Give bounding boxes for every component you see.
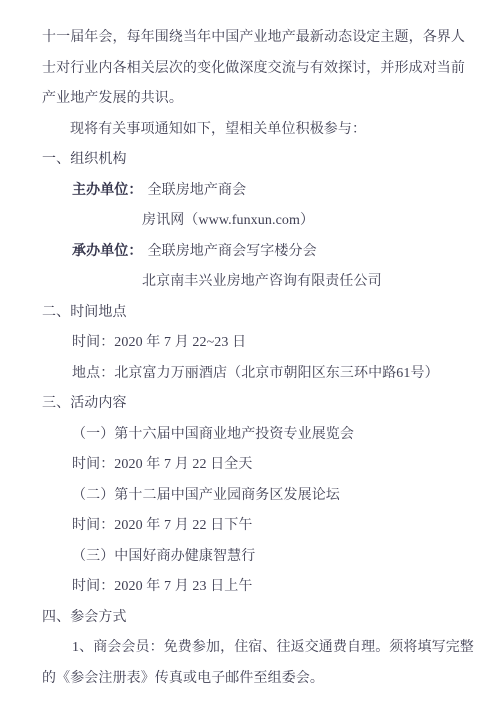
participation-paragraph-line-2: 的《参会注册表》传真或电子邮件至组委会。 (42, 662, 466, 693)
activity-2-title: （二）第十二届中国产业园商务区发展论坛 (42, 479, 466, 510)
activity-3-time: 时间：2020 年 7 月 23 日上午 (42, 570, 466, 601)
place-line: 地点：北京富力万丽酒店（北京市朝阳区东三环中路61号） (42, 357, 466, 388)
org-organizer-label: 承办单位： (72, 240, 143, 260)
activity-2-time: 时间：2020 年 7 月 22 日下午 (42, 509, 466, 540)
org-item-host-cont: 房讯网（www.funxun.com） (42, 204, 466, 235)
notice-line: 现将有关事项通知如下，望相关单位积极参与： (42, 113, 466, 144)
intro-line-3: 产业地产发展的共识。 (42, 82, 466, 113)
section-heading-participation: 四、参会方式 (42, 601, 466, 632)
org-item-organizer: 承办单位： 全联房地产商会写字楼分会 (42, 235, 466, 266)
org-host-value-2: 房讯网（www.funxun.com） (142, 209, 314, 229)
org-organizer-value: 全联房地产商会写字楼分会 (148, 240, 317, 260)
participation-paragraph-line-1: 1、商会会员：免费参加，住宿、往返交通费自理。须将填写完整 (42, 631, 466, 662)
section-heading-activities: 三、活动内容 (42, 387, 466, 418)
org-item-host: 主办单位： 全联房地产商会 (42, 174, 466, 205)
org-host-value: 全联房地产商会 (148, 179, 247, 199)
time-line: 时间：2020 年 7 月 22~23 日 (42, 326, 466, 357)
intro-line-2: 士对行业内各相关层次的变化做深度交流与有效探讨，并形成对当前 (42, 52, 466, 83)
document-page: 十一届年会，每年围绕当年中国产业地产最新动态设定主题，各界人 士对行业内各相关层… (0, 0, 500, 710)
org-host-label: 主办单位： (72, 179, 143, 199)
activity-3-title: （三）中国好商办健康智慧行 (42, 540, 466, 571)
section-heading-organization: 一、组织机构 (42, 143, 466, 174)
org-item-organizer-cont: 北京南丰兴业房地产咨询有限责任公司 (42, 265, 466, 296)
section-heading-time-place: 二、时间地点 (42, 296, 466, 327)
intro-line-1: 十一届年会，每年围绕当年中国产业地产最新动态设定主题，各界人 (42, 21, 466, 52)
org-organizer-value-2: 北京南丰兴业房地产咨询有限责任公司 (142, 270, 382, 290)
activity-1-time: 时间：2020 年 7 月 22 日全天 (42, 448, 466, 479)
activity-1-title: （一）第十六届中国商业地产投资专业展览会 (42, 418, 466, 449)
